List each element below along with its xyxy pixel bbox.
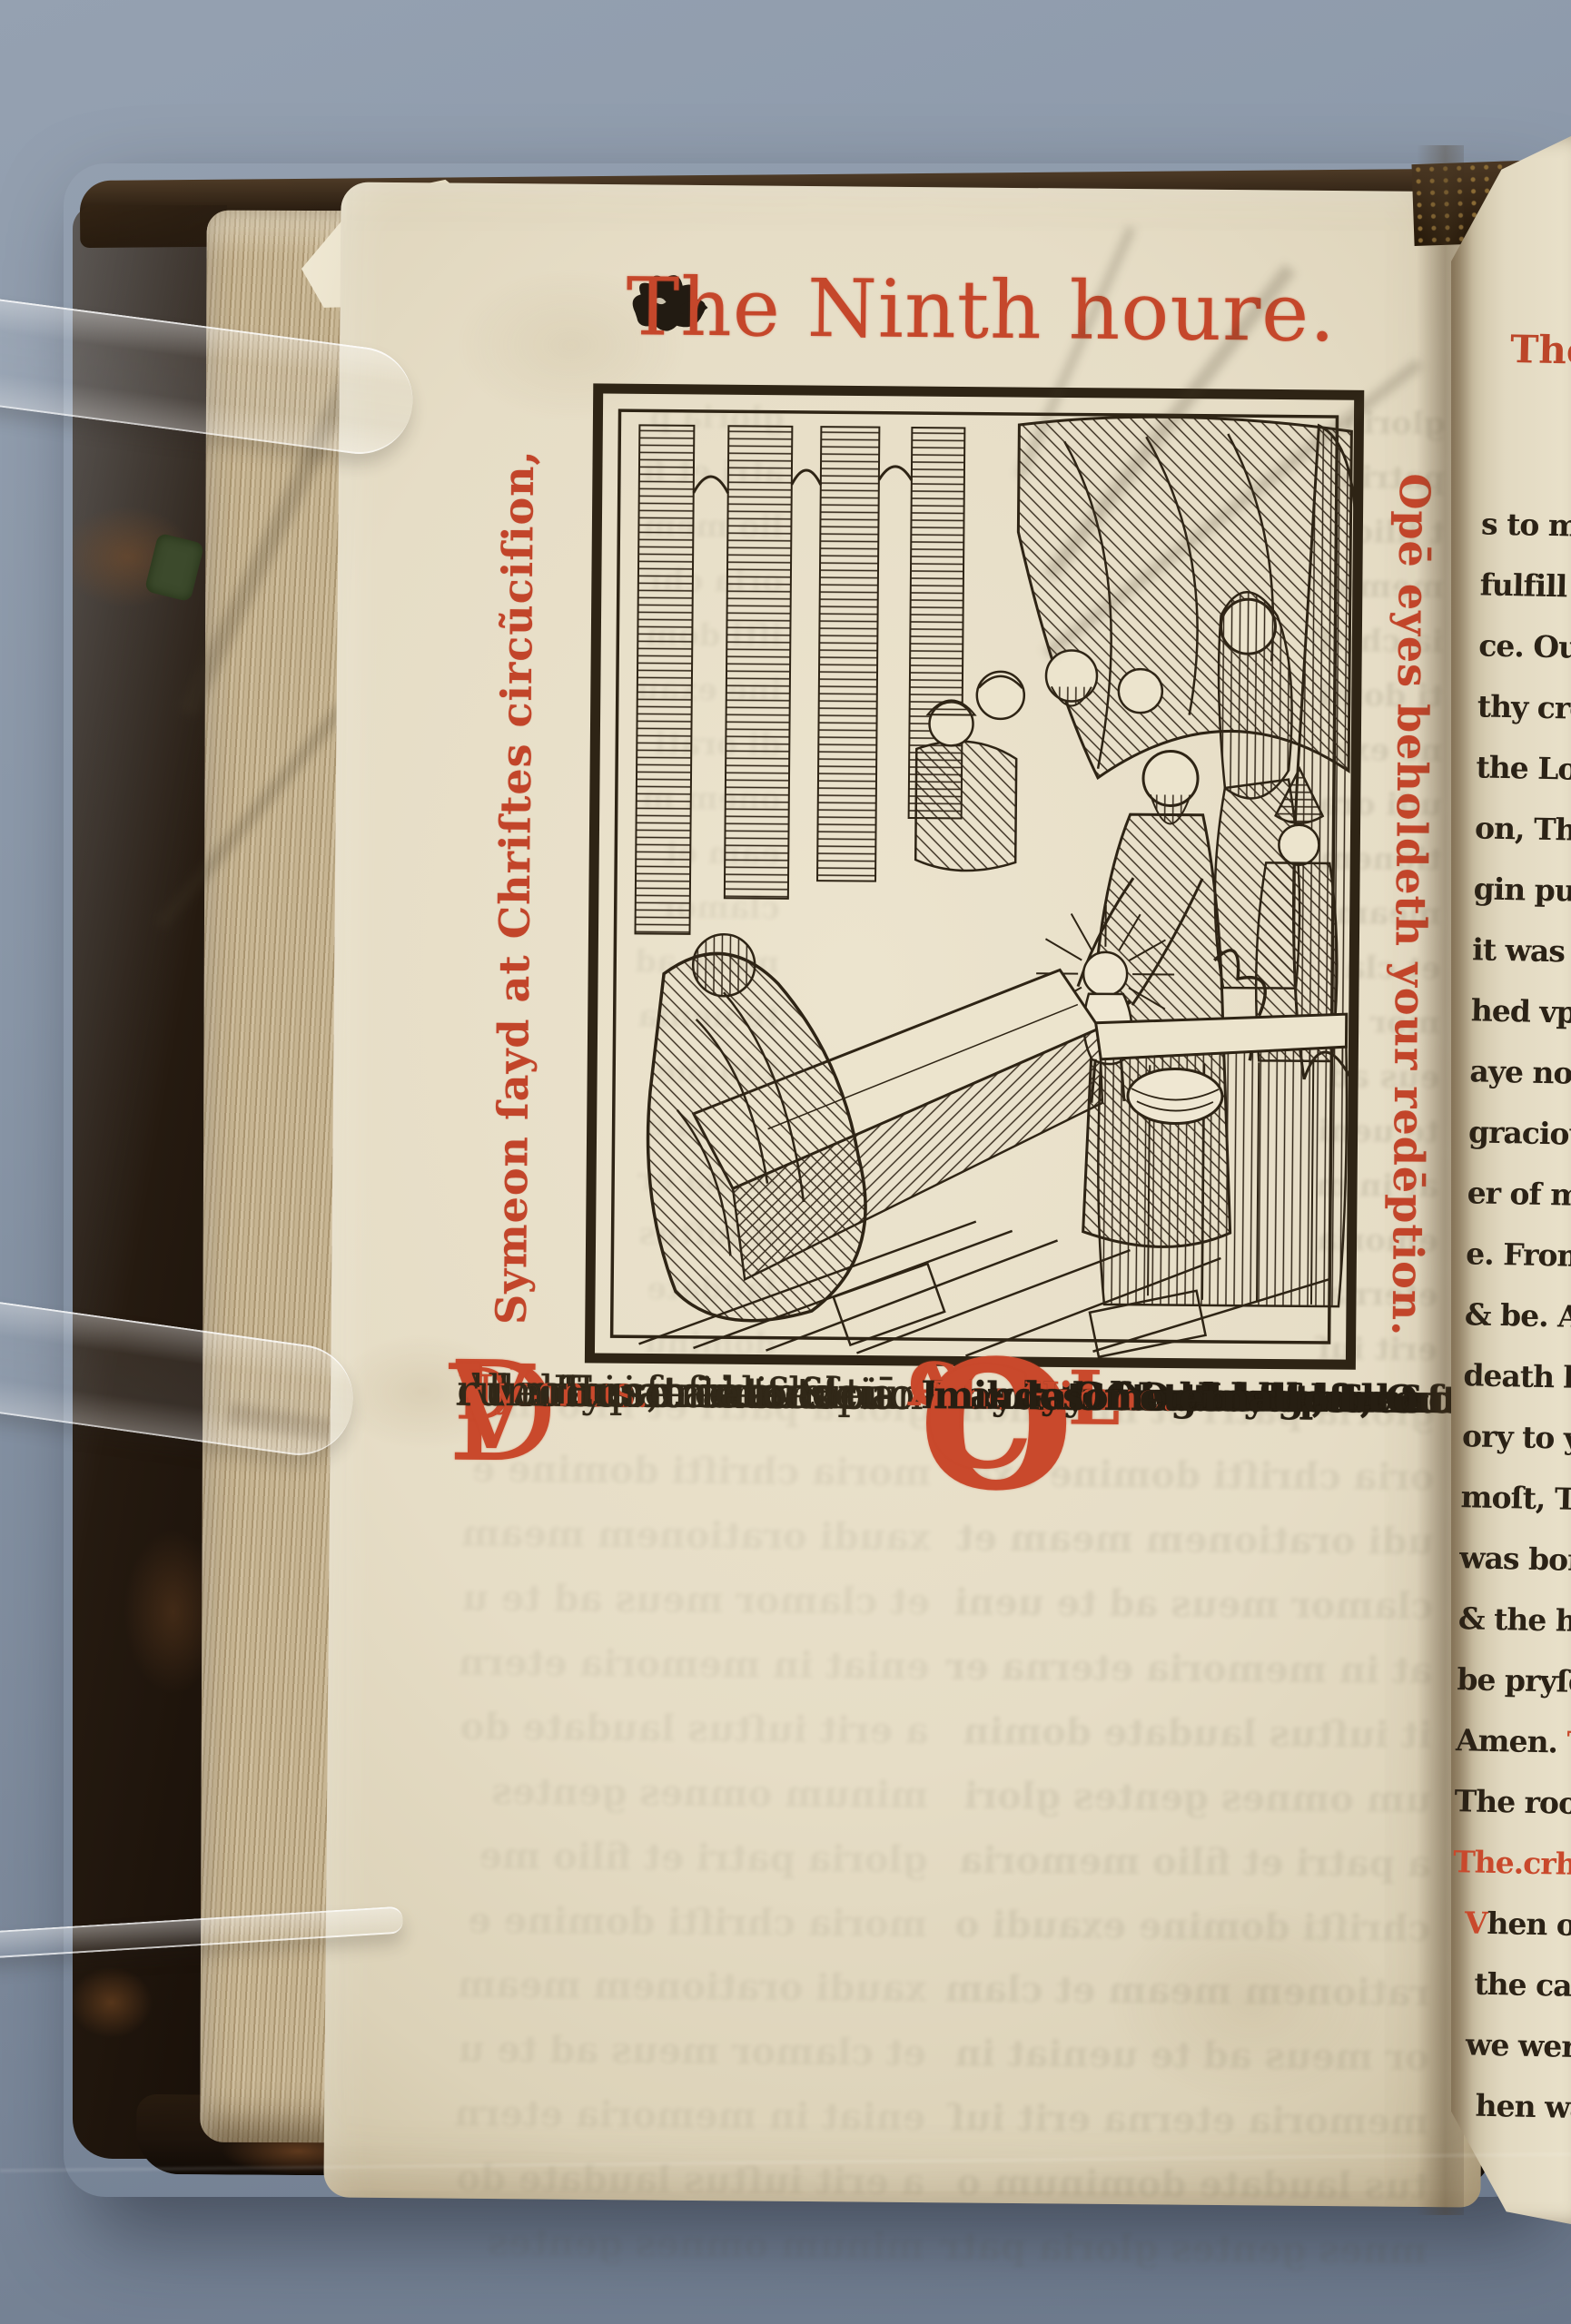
recto-text-line: s to make viſita xyxy=(1473,493,1571,559)
recto-text-line: ce. Our hartes xyxy=(1471,615,1571,681)
recto-text-line: we were made gla xyxy=(1441,2014,1571,2080)
recto-text-line: the Lord autho xyxy=(1468,736,1571,803)
recto-text-line: fulfill thou with g xyxy=(1472,554,1571,620)
photograph-of-open-prayer-book: gloria patri et filio memoria chriſti do… xyxy=(0,0,1571,2324)
recto-text-line: hed vpon th xyxy=(1463,980,1571,1046)
verso-page: gloria patri et filio memoria chriſti do… xyxy=(323,182,1497,2207)
text-line: rum xyxy=(457,1358,557,1425)
recto-text-line: Amen. The anthe xyxy=(1447,1709,1571,1776)
recto-text-fragment: hen our Lord xyxy=(1487,1905,1571,1945)
recto-text-line: on, That ſome xyxy=(1467,797,1571,863)
recto-text-line: be pryſe for euer xyxy=(1449,1649,1571,1715)
recto-text-line: was bore: Glo xyxy=(1452,1527,1571,1593)
recto-page-sliver: The n s to make viſitafulfill thou with … xyxy=(1451,136,1571,2224)
recto-text-line: thy creation. xyxy=(1469,675,1571,742)
recto-text-line: moſt, That of a v xyxy=(1453,1466,1571,1532)
recto-text-line: gracious. xyxy=(1460,1101,1571,1167)
recto-text-line: & be. And in the xyxy=(1457,1284,1571,1350)
recto-text-line: Vhen our Lord xyxy=(1444,1892,1571,1958)
recto-text-lines: s to make viſitafulfill thou with gce. O… xyxy=(1440,493,1571,2141)
recto-text-line: ory to ye Man of xyxy=(1454,1405,1571,1472)
recto-text-line: e. From our ene xyxy=(1458,1223,1571,1289)
recto-running-title: The n xyxy=(1510,327,1571,374)
left-margin-rotated-rubric: Symeon ſayd at Chriſtes circũciſion, xyxy=(486,383,544,1391)
recto-text-line: er of mercy i xyxy=(1459,1162,1571,1228)
recto-text-fragment: The anthe xyxy=(1566,1725,1571,1764)
ink-bleedthrough: gloria patri et filio memoria chriſti do… xyxy=(452,1373,933,2276)
recto-text-fragment: V xyxy=(1464,1905,1487,1941)
recto-text-fragment: Amen. xyxy=(1456,1722,1567,1760)
recto-text-line: The roote of Jeſſe. xyxy=(1447,1770,1571,1837)
recto-text-line: it was opera xyxy=(1465,919,1571,985)
recto-text-line: death be fauorab xyxy=(1456,1344,1571,1411)
woodcut-circumcision-scene xyxy=(584,383,1364,1370)
text-line: mindes xyxy=(934,1362,1091,1430)
recto-text-line: & the holy goſt xyxy=(1450,1588,1571,1654)
recto-text-line: aye now, O b xyxy=(1462,1040,1571,1107)
recto-text-line: the captiuitie of xyxy=(1443,1953,1571,2019)
recto-text-line: gin pure: W t xyxy=(1466,858,1571,924)
recto-text-line: The.crh. Pſalme xyxy=(1446,1831,1571,1897)
